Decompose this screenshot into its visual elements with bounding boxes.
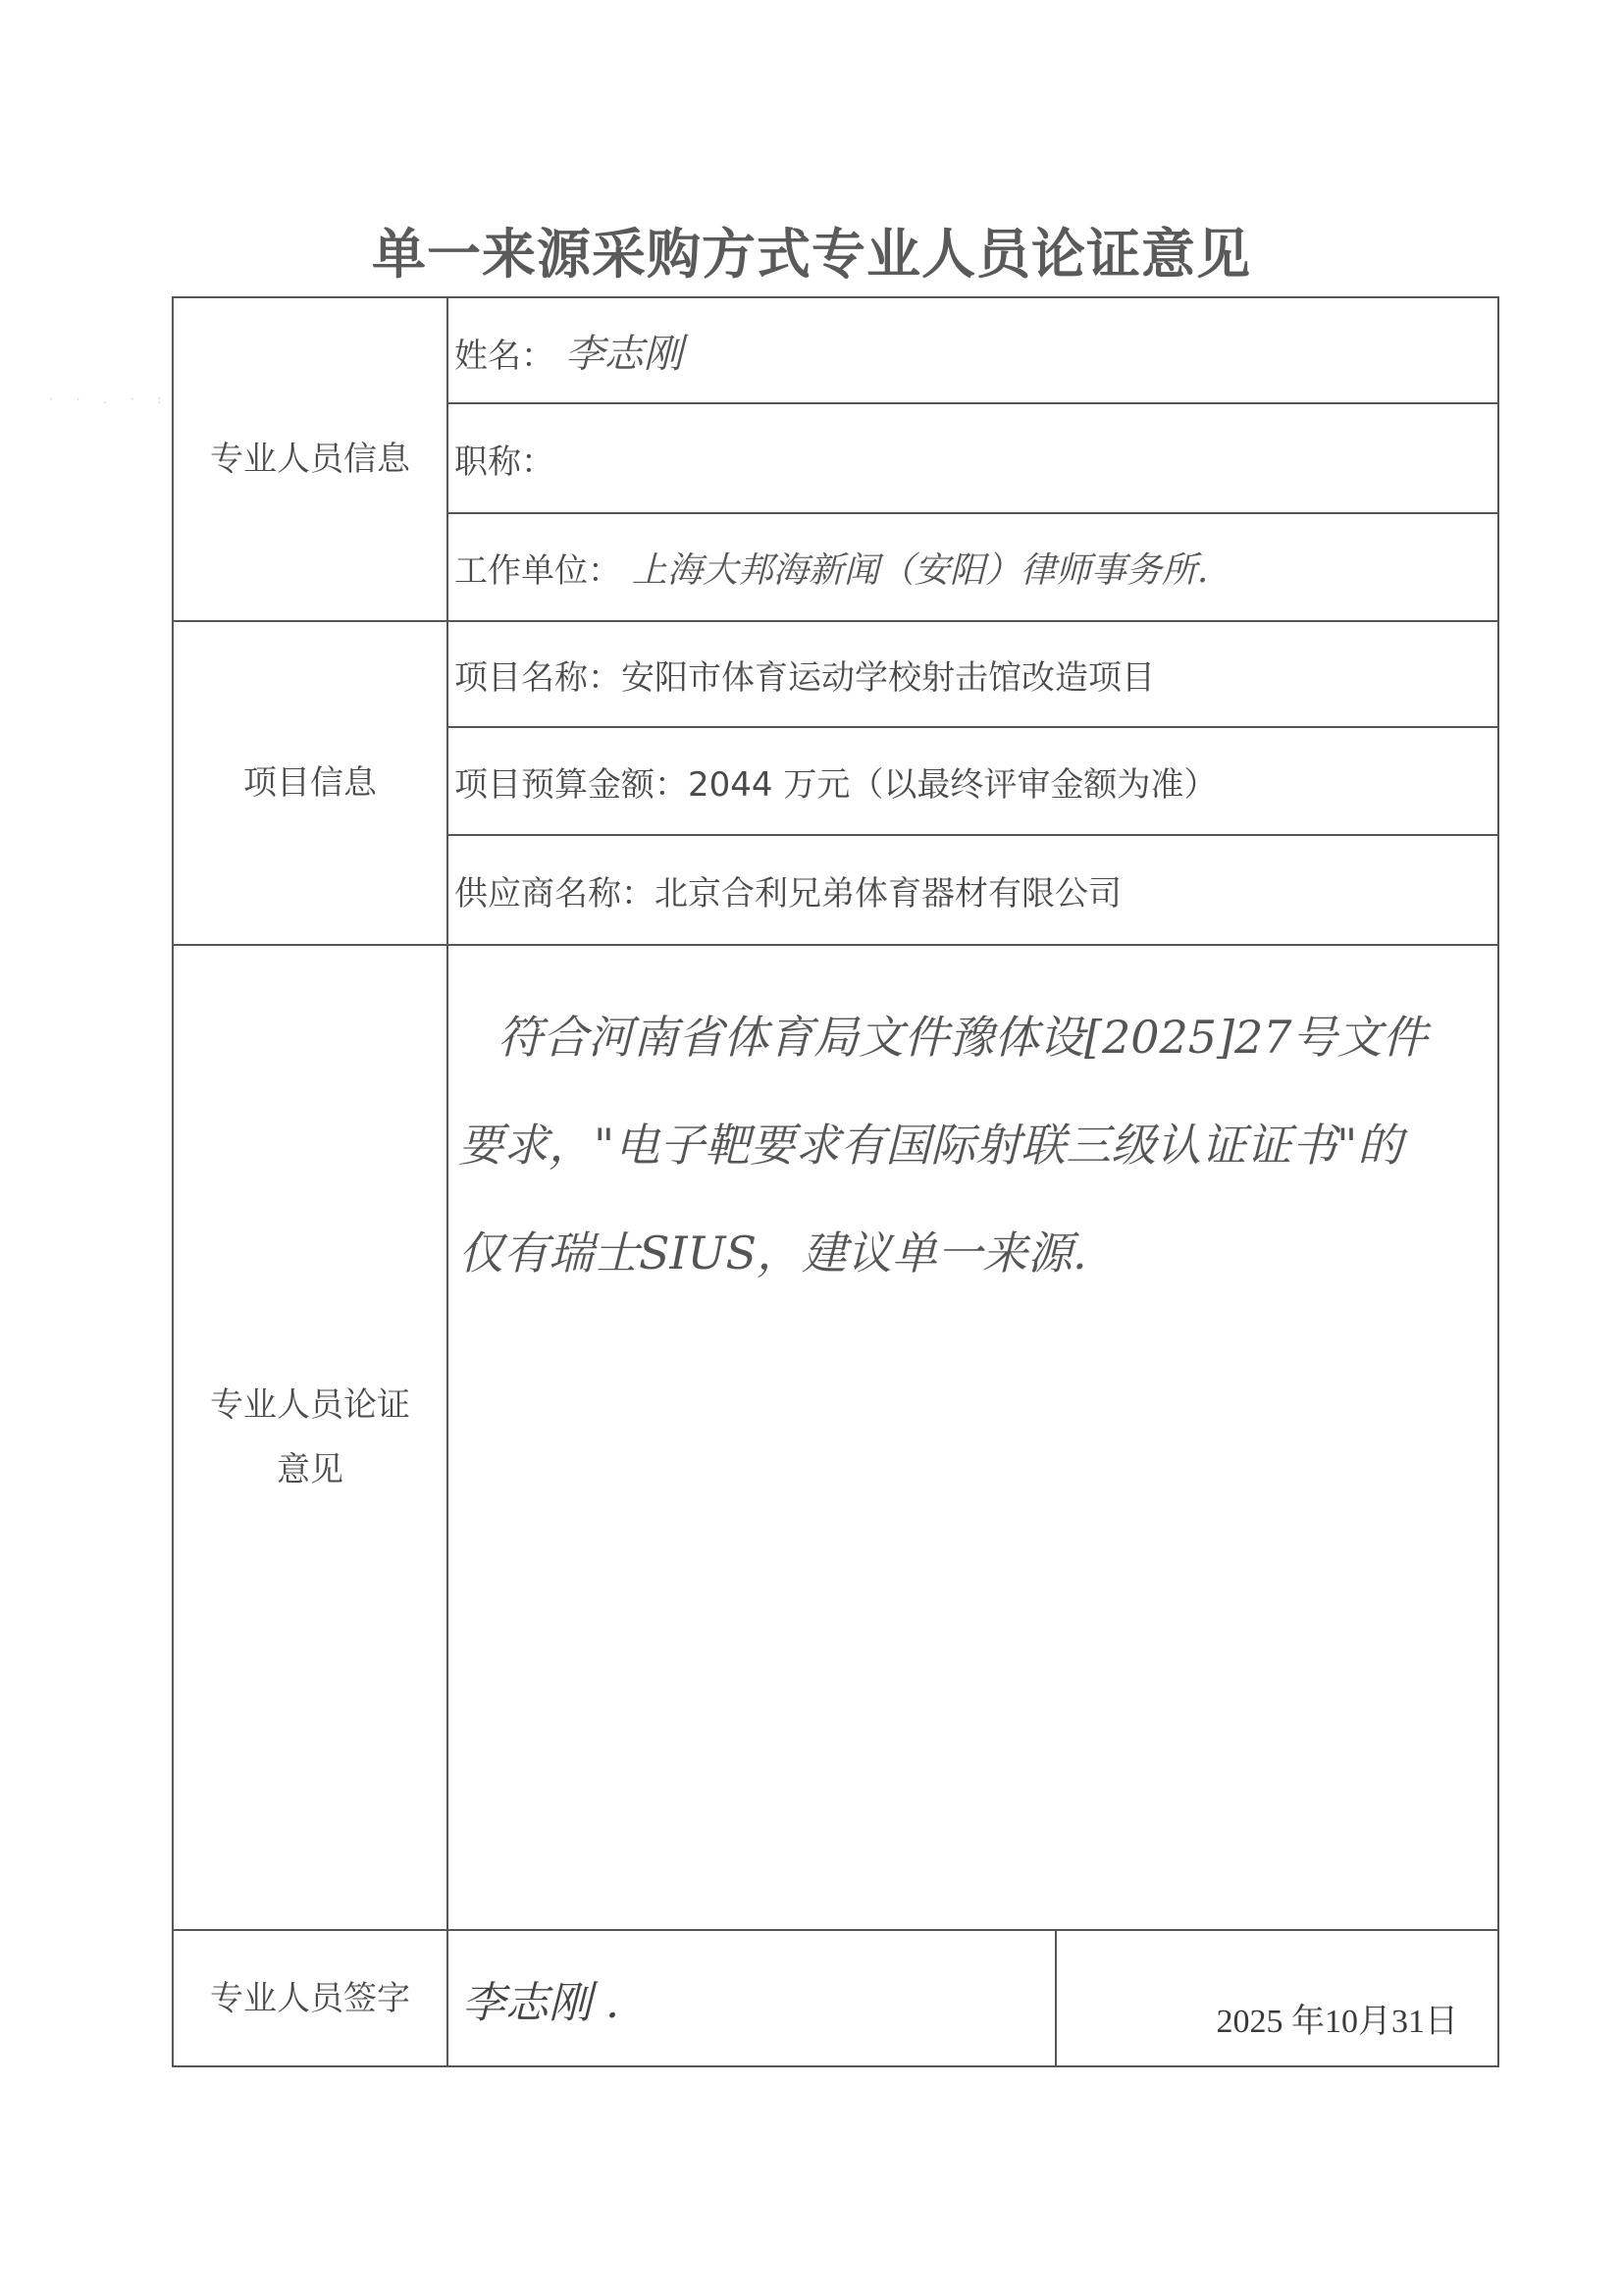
budget-field: 项目预算金额：2044 万元（以最终评审金额为准） [447,727,1498,835]
title-label: 职称： [454,443,554,482]
title-field[interactable]: 职称： [447,403,1498,513]
opinion-label-line1: 专业人员论证 [174,1373,446,1437]
justification-form-table: 专业人员信息 姓名： 李志刚 职称： 工作单位： 上海大邦海新闻（安阳）律师事务… [172,296,1499,2067]
employer-field[interactable]: 工作单位： 上海大邦海新闻（安阳）律师事务所. [447,513,1498,621]
row-signature: 专业人员签字 李志刚 . 2025 年10月31日 [173,1930,1498,2066]
signature-date: 2025 年10月31日 [1056,1930,1498,2066]
signature-label: 专业人员签字 [173,1930,447,2066]
employer-value: 上海大邦海新闻（安阳）律师事务所. [632,550,1208,591]
name-value: 李志刚 [565,332,683,377]
supplier-field: 供应商名称：北京合利兄弟体育器材有限公司 [447,835,1498,945]
project-name-field: 项目名称：安阳市体育运动学校射击馆改造项目 [447,621,1498,727]
project-info-label: 项目信息 [173,621,447,945]
employer-label: 工作单位： [454,551,621,591]
row-name: 专业人员信息 姓名： 李志刚 [173,297,1498,403]
opinion-label-line2: 意见 [174,1437,446,1502]
row-project-name: 项目信息 项目名称：安阳市体育运动学校射击馆改造项目 [173,621,1498,727]
professional-info-label: 专业人员信息 [173,297,447,621]
signature-field[interactable]: 李志刚 . [447,1930,1056,2066]
name-label: 姓名： [454,337,554,376]
name-field[interactable]: 姓名： 李志刚 [447,297,1498,403]
row-opinion: 专业人员论证 意见 符合河南省体育局文件豫体设[2025]27号文件要求，"电子… [173,945,1498,1930]
opinion-field[interactable]: 符合河南省体育局文件豫体设[2025]27号文件要求，"电子靶要求有国际射联三级… [447,945,1498,1930]
document-title: 单一来源采购方式专业人员论证意见 [0,211,1623,288]
opinion-text: 符合河南省体育局文件豫体设[2025]27号文件要求，"电子靶要求有国际射联三级… [448,946,1497,1307]
opinion-label: 专业人员论证 意见 [173,945,447,1930]
